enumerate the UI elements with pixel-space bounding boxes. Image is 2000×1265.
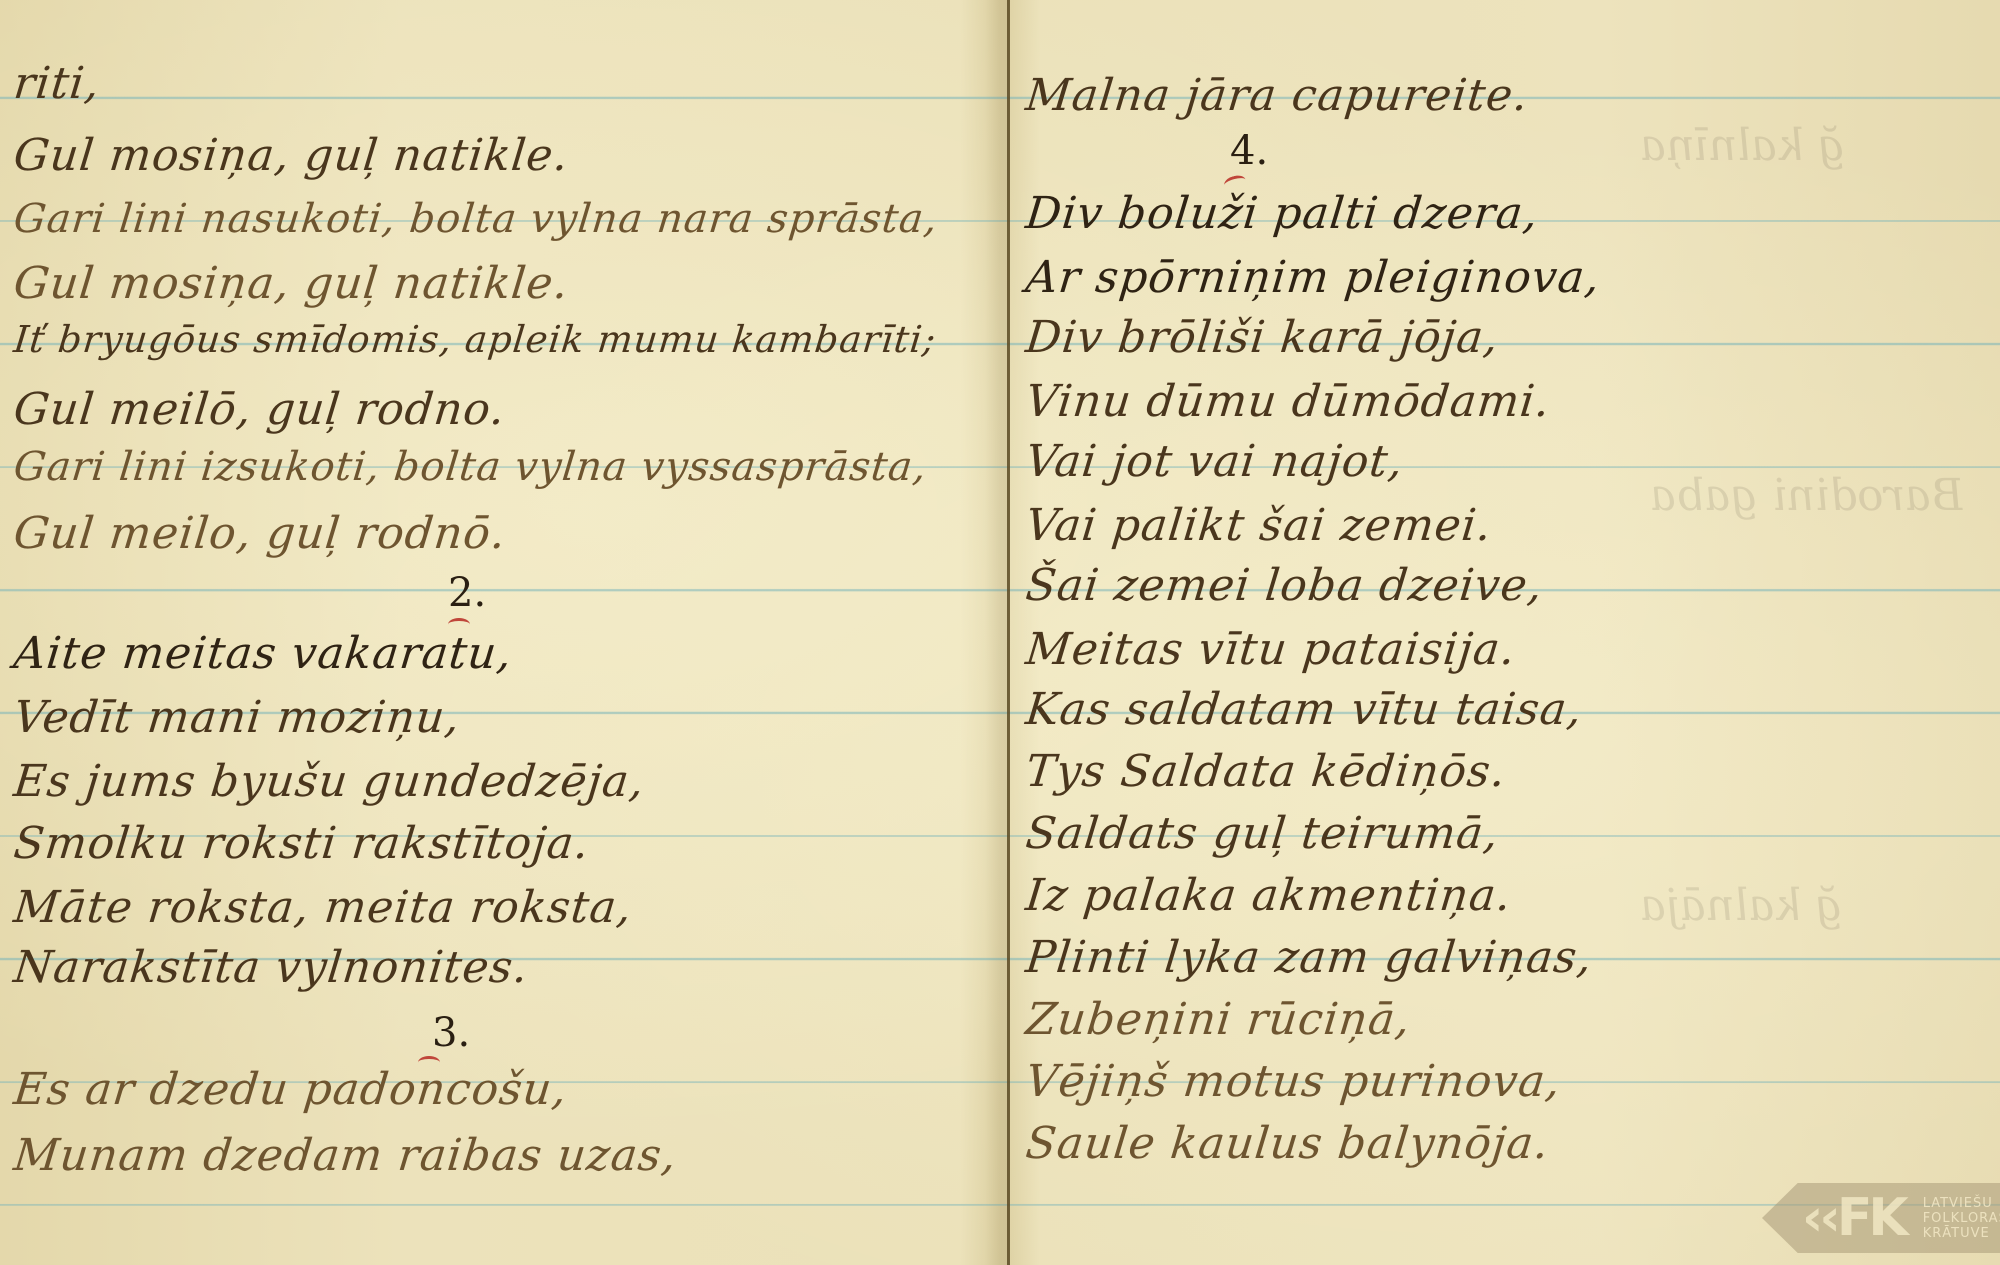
song-number: 2.: [448, 570, 486, 616]
notebook-spine: [1007, 0, 1010, 1265]
lfk-logo-icon: ‹‹FK: [1802, 1188, 1905, 1248]
text-line: Meitas vītu pataisija.: [1023, 624, 1518, 675]
text-line: Gul meilo, guļ rodnō.: [11, 508, 508, 559]
text-line: Ar spōrniņim pleiginova,: [1023, 252, 1602, 303]
text-line: Vējiņš motus purinova,: [1023, 1056, 1563, 1107]
text-line: Kas saldatam vītu taisa,: [1023, 684, 1585, 735]
lfk-watermark: ‹‹FK LATVIEŠU FOLKLORAS KRĀTUVE: [1762, 1183, 2000, 1253]
text-line: Gul mosiņa, guļ natikle.: [11, 130, 571, 181]
text-line: Šai zemei loba dzeive,: [1023, 560, 1545, 611]
text-line: Vedīt mani moziņu,: [11, 692, 463, 743]
text-line: Iť bryugōus smīdomis, apleik mumu kambar…: [12, 318, 939, 361]
text-line: Māte roksta, meita roksta,: [11, 882, 634, 933]
text-line: Vinu dūmu dūmōdami.: [1023, 376, 1553, 427]
manuscript-spread: ğ kalnīņa Barodini gaba ğ kalnāja riti, …: [0, 0, 2000, 1265]
text-line: Tys Saldata kēdiņōs.: [1023, 746, 1508, 797]
right-page: Malna jāra capureite. 4. Div boluži palt…: [1012, 0, 2000, 1265]
text-line: Smolku roksti rakstītoja.: [11, 818, 592, 869]
text-line: Es ar dzedu padoncošu,: [11, 1064, 570, 1115]
watermark-line: LATVIEŠU: [1923, 1196, 2000, 1211]
text-line: Zubeņini rūciņā,: [1023, 994, 1413, 1045]
text-line: Gari lini nasukoti, bolta vylna nara spr…: [12, 196, 941, 242]
text-line: Gul mosiņa, guļ natikle.: [11, 258, 571, 309]
text-line: Gul meilō, guļ rodno.: [11, 384, 508, 435]
text-line: Vai palikt šai zemei.: [1023, 500, 1494, 551]
text-line: Iz palaka akmentiņa.: [1023, 870, 1514, 921]
text-line: Narakstīta vylnonites.: [11, 942, 531, 993]
watermark-line: FOLKLORAS: [1923, 1211, 2000, 1226]
text-line: Malna jāra capureite.: [1023, 70, 1531, 121]
song-number: 3.: [432, 1010, 470, 1056]
song-number: 4.: [1230, 128, 1268, 174]
text-line: riti,: [11, 58, 102, 109]
text-line: Aite meitas vakaratu,: [11, 628, 514, 679]
text-line: Es jums byušu gundedzēja,: [11, 756, 647, 807]
text-line: Munam dzedam raibas uzas,: [11, 1130, 679, 1181]
text-line: Saule kaulus balynōja.: [1023, 1118, 1551, 1169]
text-line: Gari lini izsukoti, bolta vylna vyssaspr…: [12, 444, 930, 490]
text-line: Plinti lyka zam galviņas,: [1023, 932, 1595, 983]
watermark-label: LATVIEŠU FOLKLORAS KRĀTUVE: [1923, 1196, 2000, 1241]
watermark-line: KRĀTUVE: [1923, 1226, 2000, 1241]
text-line: Div brōliši karā jōja,: [1023, 312, 1501, 363]
text-line: Div boluži palti dzera,: [1023, 188, 1541, 239]
left-page: riti, Gul mosiņa, guļ natikle. Gari lini…: [0, 0, 1005, 1265]
text-line: Vai jot vai najot,: [1023, 436, 1406, 487]
text-line: Saldats guļ teirumā,: [1023, 808, 1501, 859]
